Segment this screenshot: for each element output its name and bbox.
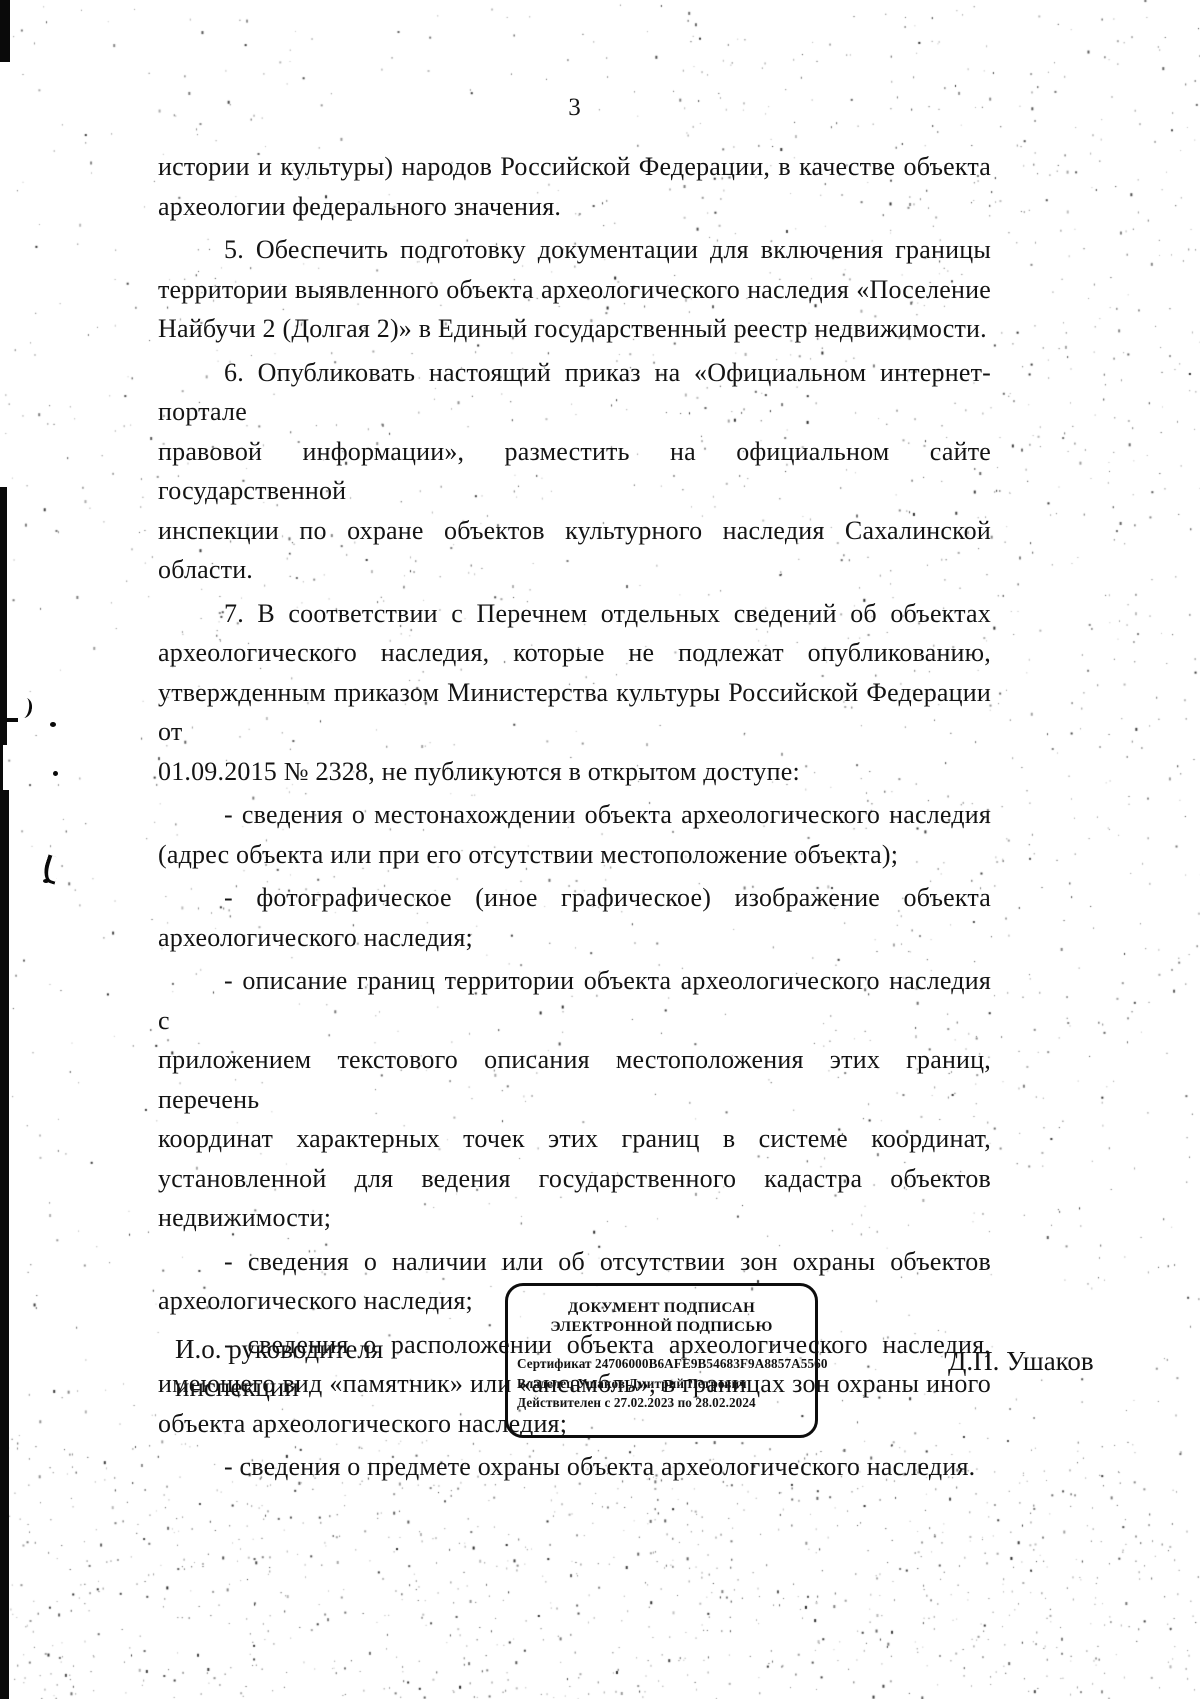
text-line: правовой информации», разместить на офиц… <box>158 432 991 511</box>
signer-position-line1: И.о. руководителя <box>175 1330 495 1368</box>
paragraph: 7. В соответствии с Перечнем отдельных с… <box>158 594 991 792</box>
scan-ink-mark <box>50 722 56 727</box>
paragraph: - сведения о предмете охраны объекта арх… <box>158 1447 991 1487</box>
stamp-details: Сертификат 24706000B6AFE9B54683F9A8857A5… <box>508 1354 815 1413</box>
stamp-owner: Владелец Ушаков Дмитрий Петрович <box>517 1374 809 1394</box>
signer-name: Д.П. Ушаков <box>948 1346 1200 1377</box>
text-line: координат характерных точек этих границ … <box>158 1119 991 1159</box>
text-line: истории и культуры) народов Российской Ф… <box>158 147 991 187</box>
signer-position: И.о. руководителя инспекции <box>175 1330 495 1406</box>
scan-ink-mark <box>19 697 34 718</box>
paragraph: - фотографическое (иное графическое) изо… <box>158 878 991 957</box>
text-line: археологического наследия, которые не по… <box>158 633 991 673</box>
text-line: установленной для ведения государственно… <box>158 1159 991 1199</box>
text-line: - фотографическое (иное графическое) изо… <box>158 878 991 918</box>
scan-edge-artifact <box>0 487 7 745</box>
scan-ink-mark <box>53 771 58 776</box>
stamp-title: ДОКУМЕНТ ПОДПИСАН ЭЛЕКТРОННОЙ ПОДПИСЬЮ <box>508 1299 815 1337</box>
scan-edge-artifact <box>0 745 3 790</box>
stamp-title-line2: ЭЛЕКТРОННОЙ ПОДПИСЬЮ <box>508 1318 815 1337</box>
text-line: - сведения о наличии или об отсутствии з… <box>158 1242 991 1282</box>
signer-position-line2: инспекции <box>175 1368 495 1406</box>
text-line: 7. В соответствии с Перечнем отдельных с… <box>158 594 991 634</box>
text-line: инспекции по охране объектов культурного… <box>158 511 991 590</box>
scanned-document-page: { "page": { "number": "3" }, "document":… <box>0 0 1200 1699</box>
stamp-title-line1: ДОКУМЕНТ ПОДПИСАН <box>508 1299 815 1318</box>
paragraph: 6. Опубликовать настоящий приказ на «Офи… <box>158 353 991 590</box>
paragraph: - описание границ территории объекта арх… <box>158 961 991 1238</box>
stamp-certificate: Сертификат 24706000B6AFE9B54683F9A8857A5… <box>517 1354 809 1374</box>
paragraph: - сведения о местонахождении объекта арх… <box>158 795 991 874</box>
scan-ink-mark <box>43 879 49 883</box>
scan-edge-artifact <box>0 0 10 62</box>
text-line: (адрес объекта или при его отсутствии ме… <box>158 835 991 875</box>
scan-ink-mark <box>3 718 18 722</box>
text-line: территории выявленного объекта археологи… <box>158 270 991 310</box>
text-line: - сведения о предмете охраны объекта арх… <box>158 1447 991 1487</box>
scan-edge-artifact <box>0 790 9 1699</box>
text-line: 5. Обеспечить подготовку документации дл… <box>158 230 991 270</box>
stamp-validity: Действителен с 27.02.2023 по 28.02.2024 <box>517 1393 809 1413</box>
paragraph: 5. Обеспечить подготовку документации дл… <box>158 230 991 349</box>
text-line: приложением текстового описания местопол… <box>158 1040 991 1119</box>
text-line: 6. Опубликовать настоящий приказ на «Офи… <box>158 353 991 432</box>
text-line: Найбучи 2 (Долгая 2)» в Единый государст… <box>158 309 991 349</box>
text-line: археологии федерального значения. <box>158 187 991 227</box>
text-line: недвижимости; <box>158 1198 991 1238</box>
text-line: - сведения о местонахождении объекта арх… <box>158 795 991 835</box>
paragraph: истории и культуры) народов Российской Ф… <box>158 147 991 226</box>
text-line: - описание границ территории объекта арх… <box>158 961 991 1040</box>
digital-signature-stamp: ДОКУМЕНТ ПОДПИСАН ЭЛЕКТРОННОЙ ПОДПИСЬЮ С… <box>505 1283 818 1438</box>
page-number: 3 <box>158 94 991 122</box>
text-line: 01.09.2015 № 2328, не публикуются в откр… <box>158 752 991 792</box>
text-line: утвержденным приказом Министерства культ… <box>158 673 991 752</box>
text-line: археологического наследия; <box>158 918 991 958</box>
